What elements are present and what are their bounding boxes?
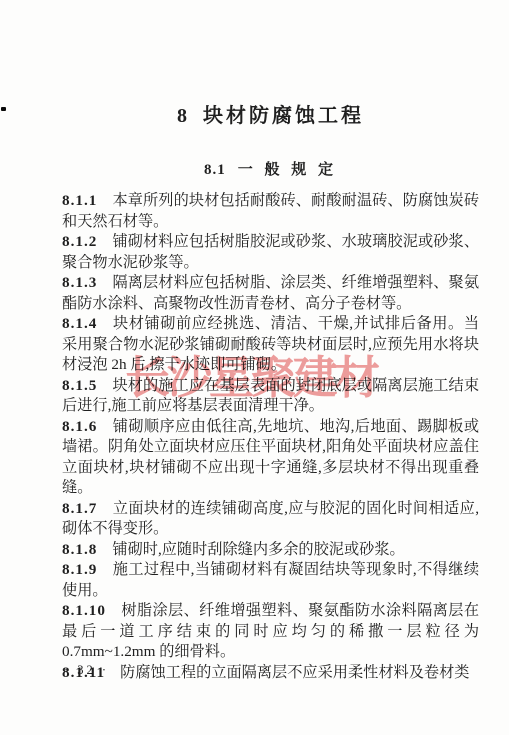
clause-paragraph: 8.1.6铺砌顺序应由低往高,先地坑、地沟,后地面、踢脚板或墙裙。阴角处立面块材… [62, 417, 479, 499]
clause-text: 防腐蚀工程的立面隔离层不应采用柔性材料及卷材类 [120, 664, 469, 681]
clause-paragraph: 8.1.7立面块材的连续铺砌高度,应与胶泥的固化时间相适应,砌体不得变形。 [62, 499, 479, 540]
clause-text: 铺砌顺序应由低往高,先地坑、地沟,后地面、踢脚板或墙裙。阴角处立面块材应压住平面… [62, 418, 479, 497]
clause-paragraph: 8.1.1本章所列的块材包括耐酸砖、耐酸耐温砖、防腐蚀炭砖和天然石材等。 [62, 191, 479, 232]
section-number: 8.1 [204, 162, 226, 178]
document-page: 8块材防腐蚀工程 8.1一 般 规 定 8.1.1本章所列的块材包括耐酸砖、耐酸… [0, 0, 509, 735]
clause-text: 树脂涂层、纤维增强塑料、聚氨酯防水涂料隔离层在最后一道工序结束的同时应均匀的稀撒… [62, 602, 479, 660]
clause-number: 8.1.2 [62, 233, 97, 250]
clause-paragraph: 8.1.5块材的施工应在基层表面的封闭底层或隔离层施工结束后进行,施工前应将基层… [62, 376, 479, 417]
chapter-number: 8 [177, 105, 187, 127]
clause-paragraph: 8.1.4块材铺砌前应经挑选、清洁、干燥,并试排后备用。当采用聚合物水泥砂浆铺砌… [62, 314, 479, 376]
section-title: 8.1一 般 规 定 [62, 158, 479, 179]
clause-paragraph: 8.1.11防腐蚀工程的立面隔离层不应采用柔性材料及卷材类 [62, 663, 479, 684]
clause-number: 8.1.1 [62, 192, 97, 209]
clause-paragraph: 8.1.8铺砌时,应随时刮除缝内多余的胶泥或砂浆。 [62, 540, 479, 561]
clause-text: 隔离层材料应包括树脂、涂层类、纤维增强塑料、聚氨酯防水涂料、高聚物改性沥青卷材、… [62, 274, 479, 312]
clause-number: 8.1.9 [62, 561, 97, 578]
clause-paragraph: 8.1.3隔离层材料应包括树脂、涂层类、纤维增强塑料、聚氨酯防水涂料、高聚物改性… [62, 273, 479, 314]
clause-text: 立面块材的连续铺砌高度,应与胶泥的固化时间相适应,砌体不得变形。 [62, 500, 479, 538]
chapter-name: 块材防腐蚀工程 [203, 105, 364, 127]
chapter-title: 8块材防腐蚀工程 [62, 99, 479, 128]
clause-number: 8.1.3 [62, 274, 97, 291]
page-number: · 32 · [64, 663, 109, 678]
clause-text: 铺砌时,应随时刮除缝内多余的胶泥或砂浆。 [112, 541, 404, 558]
clause-number: 8.1.6 [62, 418, 97, 435]
clause-text: 施工过程中,当铺砌材料有凝固结块等现象时,不得继续使用。 [62, 561, 479, 599]
clause-text: 本章所列的块材包括耐酸砖、耐酸耐温砖、防腐蚀炭砖和天然石材等。 [62, 192, 479, 230]
clause-text: 块材的施工应在基层表面的封闭底层或隔离层施工结束后进行,施工前应将基层表面清理干… [62, 377, 479, 415]
clause-number: 8.1.4 [62, 315, 97, 332]
clause-number: 8.1.10 [62, 602, 106, 619]
clause-text: 块材铺砌前应经挑选、清洁、干燥,并试排后备用。当采用聚合物水泥砂浆铺砌耐酸砖等块… [62, 315, 479, 373]
clause-number: 8.1.5 [62, 377, 97, 394]
clause-list: 8.1.1本章所列的块材包括耐酸砖、耐酸耐温砖、防腐蚀炭砖和天然石材等。 8.1… [62, 191, 479, 683]
clause-paragraph: 8.1.2铺砌材料应包括树脂胶泥或砂浆、水玻璃胶泥或砂浆、聚合物水泥砂浆等。 [62, 232, 479, 273]
clause-number: 8.1.8 [62, 541, 97, 558]
clause-paragraph: 8.1.10树脂涂层、纤维增强塑料、聚氨酯防水涂料隔离层在最后一道工序结束的同时… [62, 601, 479, 663]
clause-text: 铺砌材料应包括树脂胶泥或砂浆、水玻璃胶泥或砂浆、聚合物水泥砂浆等。 [62, 233, 479, 271]
clause-paragraph: 8.1.9施工过程中,当铺砌材料有凝固结块等现象时,不得继续使用。 [62, 560, 479, 601]
clause-number: 8.1.7 [62, 500, 97, 517]
section-name: 一 般 规 定 [238, 162, 337, 178]
scan-artifact-dot [1, 107, 6, 111]
